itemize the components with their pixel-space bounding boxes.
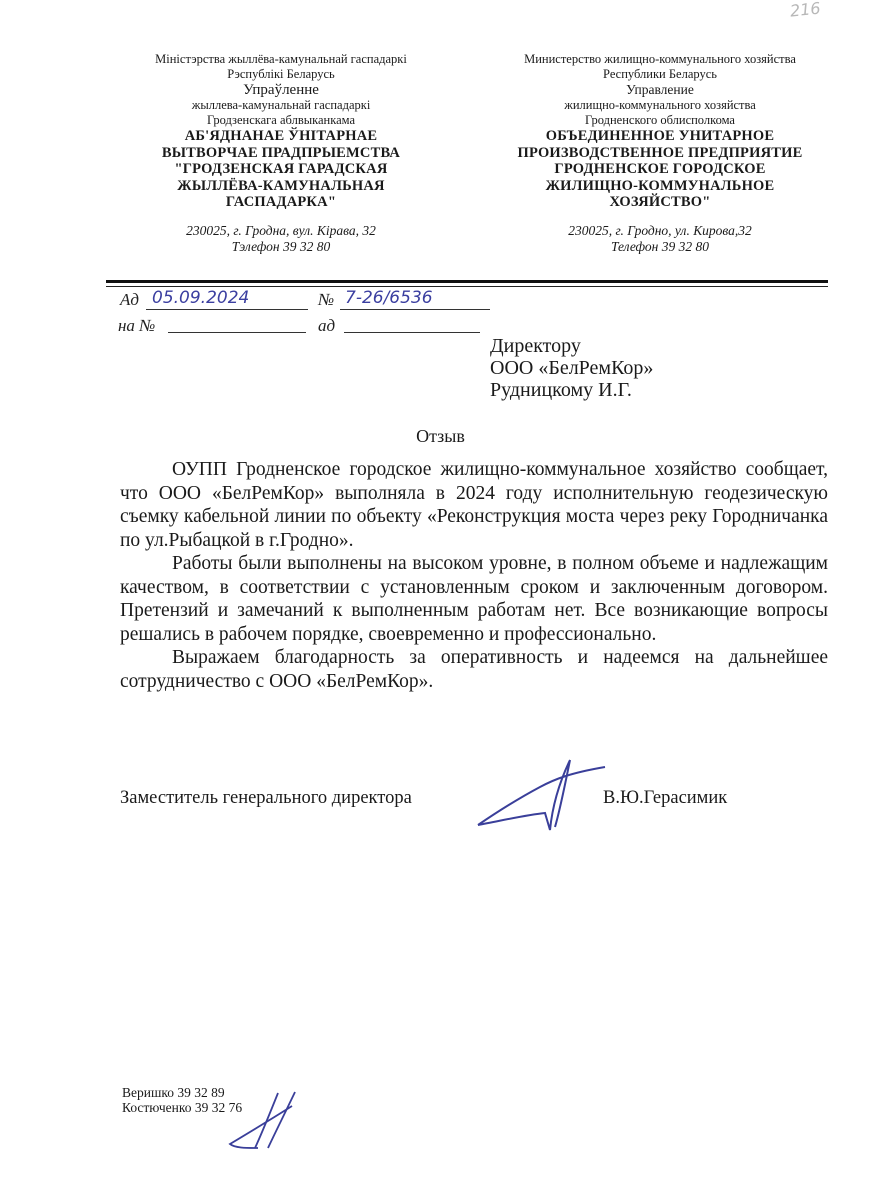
ref-number-label: № (318, 290, 334, 310)
department-line-3: Гродзенскага аблвыканкама (120, 113, 442, 128)
body-paragraph: Работы были выполнены на высоком уровне,… (120, 552, 828, 646)
ref-from-label: Ад (120, 290, 139, 310)
signatory-title: Заместитель генерального директора (120, 788, 412, 809)
letter-body: ОУПП Гродненское городское жилищно-комму… (120, 458, 828, 693)
page-number-mark: 216 (789, 0, 821, 21)
department-line-2: жыллева-камунальнай гаспадаркі (120, 98, 442, 113)
organization-name-line: ОБЪЕДИНЕННОЕ УНИТАРНОЕ (490, 128, 830, 145)
organization-address: 230025, г. Гродно, ул. Кирова,32 (490, 223, 830, 239)
organization-name-line: ХОЗЯЙСТВО" (490, 194, 830, 211)
organization-phone: Телефон 39 32 80 (490, 239, 830, 255)
signatory-name: В.Ю.Герасимик (603, 788, 727, 809)
republic-name: Рэспублікі Беларусь (120, 67, 442, 82)
department-line-2: жилищно-коммунального хозяйства (490, 98, 830, 113)
ref-date-handwritten: 05.09.2024 (152, 288, 249, 308)
letterhead-russian: Министерство жилищно-коммунального хозяй… (490, 52, 830, 255)
organization-name-line: ПРОИЗВОДСТВЕННОЕ ПРЕДПРИЯТИЕ (490, 145, 830, 162)
header-divider-thin (106, 286, 828, 287)
ministry-name: Міністэрства жыллёва-камунальнай гаспада… (120, 52, 442, 67)
department-name: Упраўленне (120, 82, 442, 98)
republic-name: Республики Беларусь (490, 67, 830, 82)
ref-number-handwritten: 7-26/6536 (345, 288, 433, 308)
recipient-position: Директору (490, 335, 653, 357)
body-paragraph: ОУПП Гродненское городское жилищно-комму… (120, 458, 828, 552)
organization-name-line: ВЫТВОРЧАЕ ПРАДПРЫЕМСТВА (120, 145, 442, 162)
reply-date-line (344, 332, 480, 333)
ref-number-line (340, 309, 490, 310)
header-divider-thick (106, 280, 828, 283)
organization-name-line: ГРОДНЕНСКОЕ ГОРОДСКОЕ (490, 161, 830, 178)
body-paragraph: Выражаем благодарность за оперативность … (120, 646, 828, 693)
recipient-block: Директору ООО «БелРемКор» Рудницкому И.Г… (490, 335, 653, 401)
recipient-company: ООО «БелРемКор» (490, 357, 653, 379)
recipient-name: Рудницкому И.Г. (490, 379, 653, 401)
document-title: Отзыв (0, 426, 881, 447)
organization-address: 230025, г. Гродна, вул. Кірава, 32 (120, 223, 442, 239)
reply-to-label: на № (118, 316, 155, 336)
reply-number-line (168, 332, 306, 333)
reply-date-label: ад (318, 316, 335, 336)
department-line-3: Гродненского облисполкома (490, 113, 830, 128)
organization-phone: Тэлефон 39 32 80 (120, 239, 442, 255)
initials-signature-icon (220, 1088, 310, 1158)
department-name: Управление (490, 82, 830, 98)
organization-name-line: ЖИЛИЩНО-КОММУНАЛЬНОЕ (490, 178, 830, 195)
ref-date-line (146, 309, 308, 310)
organization-name-line: "ГРОДЗЕНСКАЯ ГАРАДСКАЯ (120, 161, 442, 178)
handwritten-signature-icon (470, 755, 620, 835)
organization-name-line: ЖЫЛЛЁВА-КАМУНАЛЬНАЯ (120, 178, 442, 195)
organization-name-line: ГАСПАДАРКА" (120, 194, 442, 211)
ministry-name: Министерство жилищно-коммунального хозяй… (490, 52, 830, 67)
organization-name-line: АБ'ЯДНАНАЕ ЎНІТАРНАЕ (120, 128, 442, 145)
letterhead-belarusian: Міністэрства жыллёва-камунальнай гаспада… (120, 52, 442, 255)
